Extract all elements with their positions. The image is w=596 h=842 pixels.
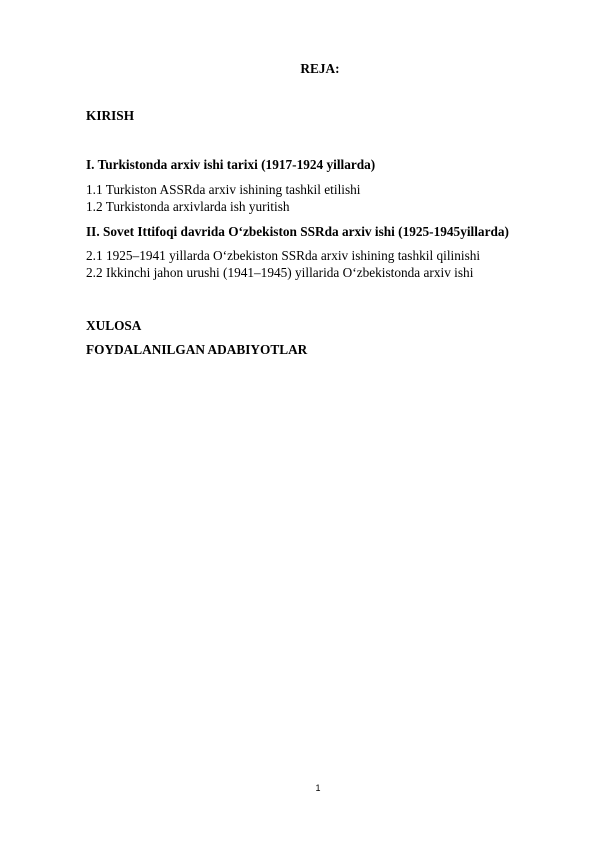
chapter-2-heading: II. Sovet Ittifoqi davrida O‘zbekiston S… (86, 224, 509, 240)
conclusion-heading: XULOSA (86, 318, 141, 334)
intro-heading: KIRISH (86, 108, 134, 124)
chapter-1-heading: I. Turkistonda arxiv ishi tarixi (1917-1… (86, 157, 375, 173)
section-1-1: 1.1 Turkiston ASSRda arxiv ishining tash… (86, 182, 360, 198)
section-2-2: 2.2 Ikkinchi jahon urushi (1941–1945) yi… (86, 265, 473, 281)
section-1-2: 1.2 Turkistonda arxivlarda ish yuritish (86, 199, 290, 215)
page-number: 1 (0, 783, 596, 793)
document-page: REJA: KIRISH I. Turkistonda arxiv ishi t… (0, 0, 596, 842)
section-2-1: 2.1 1925–1941 yillarda O‘zbekiston SSRda… (86, 248, 480, 264)
references-heading: FOYDALANILGAN ADABIYOTLAR (86, 342, 307, 358)
page-title: REJA: (0, 61, 596, 77)
